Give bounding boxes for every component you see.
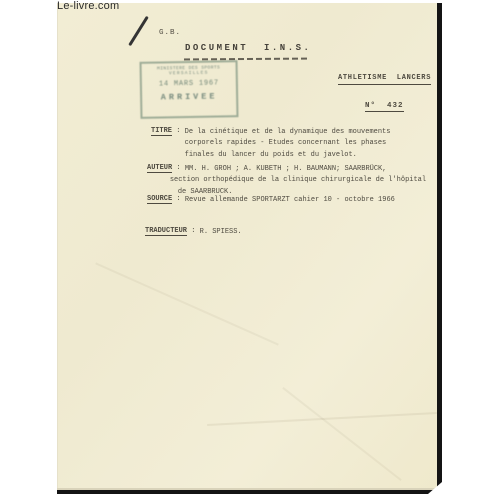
watermark-logo: Le-livre.com: [57, 0, 119, 12]
corner-note: G.B.: [159, 29, 181, 37]
field-text-line: corporels rapides - Etudes concernant le…: [185, 138, 391, 149]
category-heading: ATHLETISME LANCERS: [338, 74, 431, 85]
field-source: SOURCE : Revue allemande SPORTARZT cahie…: [147, 195, 395, 206]
field-text-line: Revue allemande SPORTARZT cahier 10 - oc…: [185, 195, 395, 206]
field-text-line: R. SPIESS.: [200, 227, 242, 238]
field-label: TITRE: [151, 127, 172, 136]
field-text-line: De la cinétique et de la dynamique des m…: [185, 127, 391, 138]
field-text-line: MM. H. GROH ; A. KUBETH ; H. BAUMANN; SA…: [185, 164, 426, 175]
document-page: G.B. MINISTERE DES SPORTS VERSAILLES 14 …: [57, 3, 442, 494]
field-text: Revue allemande SPORTARZT cahier 10 - oc…: [185, 195, 395, 206]
scanned-document-photo: Le-livre.com G.B. MINISTERE DES SPORTS V…: [0, 0, 500, 500]
field-separator: :: [172, 164, 185, 172]
field-traducteur: TRADUCTEUR : R. SPIESS.: [145, 227, 242, 238]
stamp-city-line: VERSAILLES: [142, 70, 236, 77]
field-text-line: finales du lancer du poids et du javelot…: [185, 150, 391, 161]
paper-crease: [207, 412, 437, 426]
handwritten-slash-mark: [128, 16, 149, 46]
field-titre: TITRE : De la cinétique et de la dynamiq…: [151, 127, 390, 161]
field-label: SOURCE: [147, 195, 172, 204]
field-label: AUTEUR: [147, 164, 172, 173]
field-separator: :: [187, 227, 200, 235]
paper-crease: [282, 387, 401, 481]
field-label: TRADUCTEUR: [145, 227, 187, 236]
field-text-line: section orthopédique de la clinique chir…: [170, 175, 426, 186]
stamp-date: 14 MARS 1967: [142, 79, 236, 89]
heading-underline: [184, 58, 310, 61]
field-text: De la cinétique et de la dynamique des m…: [185, 127, 391, 161]
document-number: N° 432: [365, 102, 404, 112]
field-text: MM. H. GROH ; A. KUBETH ; H. BAUMANN; SA…: [185, 164, 426, 198]
field-separator: :: [172, 195, 185, 203]
stamp-status: ARRIVEE: [142, 91, 236, 103]
paper-corner-fold: [428, 482, 442, 494]
arrival-date-stamp: MINISTERE DES SPORTS VERSAILLES 14 MARS …: [140, 60, 239, 119]
field-separator: :: [172, 127, 185, 135]
field-text: R. SPIESS.: [200, 227, 242, 238]
document-heading: DOCUMENT I.N.S.: [185, 43, 311, 53]
paper-crease: [95, 262, 279, 345]
field-auteur: AUTEUR : MM. H. GROH ; A. KUBETH ; H. BA…: [147, 164, 426, 198]
